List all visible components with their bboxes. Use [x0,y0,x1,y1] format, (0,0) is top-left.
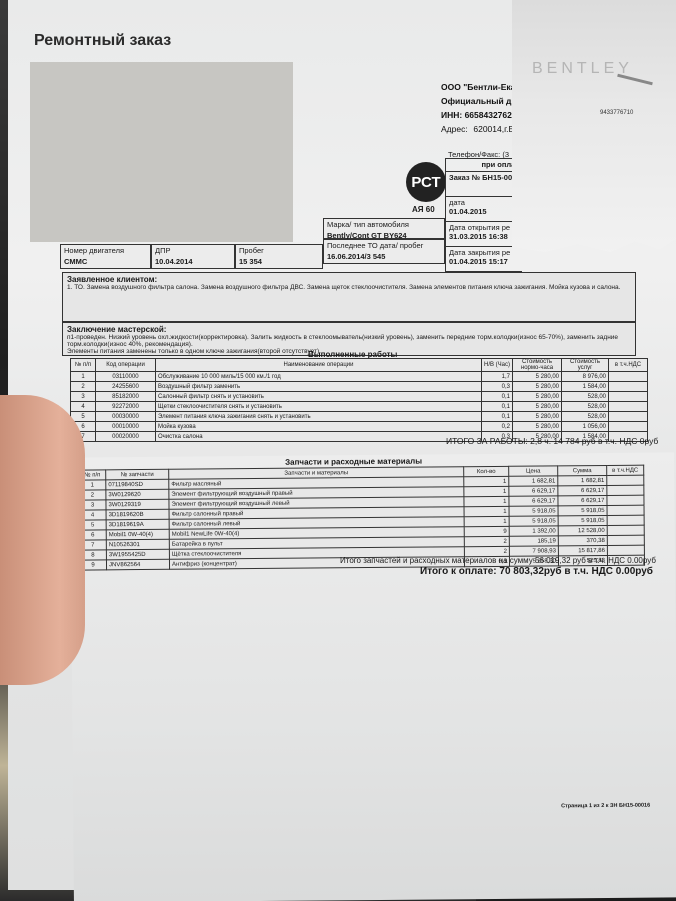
staple-icon [617,74,653,86]
col-header: в т.ч.НДС [607,465,644,475]
page-title: Ремонтный заказ [34,32,171,50]
redacted-area [30,62,293,242]
close-date-label: Дата закрытия ре [449,248,510,257]
date-label: дата [449,198,465,207]
cell-part: 3D1819619A [106,519,169,530]
cell-rate: 5 280,00 [513,402,562,412]
col-header: Код операции [96,359,156,372]
cell-price: 5 918,05 [509,506,558,516]
stapled-receipt: BENTLEY 9433776710 [512,0,676,260]
cell-rate: 5 280,00 [513,382,562,392]
cell-rate: 5 280,00 [513,422,562,432]
parts-caption: Запчасти и расходные материалы [285,457,422,467]
cell-vat [607,495,644,505]
certification-logo-icon: РСТ [406,162,446,202]
cell-sum: 5 918,05 [558,505,607,515]
cell-price: 1 682,81 [509,476,558,486]
cell-sum: 12 528,00 [558,525,607,535]
last-service-label: Последнее ТО дата/ пробег [327,241,423,250]
cell-rate: 5 280,00 [513,392,562,402]
table-row: 103110000Обслуживание 10 000 миль/15 000… [71,372,648,382]
cell-price: 185,19 [509,536,558,546]
cell-name: Мойка кузова [156,422,482,432]
cell-cost: 1 056,00 [562,422,609,432]
engine-label: Номер двигателя [64,246,124,255]
table-row: 500030000Элемент питания ключа зажигания… [71,412,648,422]
col-header: в т.ч.НДС [609,359,648,372]
cell-hours: 0,1 [482,392,513,402]
cell-part: Mobil1 0W-40(4) [106,529,169,540]
parts-total: Итого запчастей и расходных материалов н… [340,556,656,565]
cell-sum: 5 918,05 [558,515,607,525]
cell-code: 85182000 [96,392,156,402]
cell-price: 7 908,93 [509,546,558,556]
cell-part: 3W0129319 [106,499,169,510]
conclusion-line: п1-проведен. Низкий уровень охл.жидкости… [67,334,631,341]
cell-vat [609,412,648,422]
cell-vat [609,422,648,432]
cell-qty: 1 [464,516,509,526]
cell-n: 3 [71,392,96,402]
close-date: 01.04.2015 15:17 [449,257,508,266]
make-label: Марка/ тип автомобиля [327,220,409,229]
dpr-value: 10.04.2014 [155,257,231,266]
cell-vat [609,392,648,402]
col-header: Цена [509,466,558,476]
cell-name: Воздушный фильтр заменить [156,382,482,392]
cell-rate: 5 280,00 [513,372,562,382]
cell-sum: 6 629,17 [558,485,607,495]
works-table: № п/п Код операции Наименование операции… [70,358,648,442]
open-date-label: Дата открытия ре [449,223,510,232]
cell-vat [607,505,644,515]
cell-vat [607,475,644,485]
cell-code: 00030000 [96,412,156,422]
cell-vat [607,535,644,545]
open-date: 31.03.2015 16:38 [449,232,508,241]
cell-code: 92272000 [96,402,156,412]
cell-qty: 1 [464,506,509,516]
cell-code: 00010000 [96,422,156,432]
cell-price: 1 392,00 [509,526,558,536]
table-row: 385182000Салонный фильтр снять и установ… [71,392,648,402]
mileage-label: Пробег [239,246,264,255]
cell-part: 3W0129620 [106,489,169,500]
dpr-label: ДПР [155,246,170,255]
cell-hours: 0,1 [482,412,513,422]
client-request-section: Заявленное клиентом: 1. ТО. Замена возду… [62,272,636,322]
col-header: Наименование операции [156,359,482,372]
col-header: Кол-во [464,466,509,476]
table-row: 600010000Мойка кузова0,25 280,001 056,00 [71,422,648,432]
cell-name: Элемент питания ключа зажигания снять и … [156,412,482,422]
cell-hours: 0,1 [482,402,513,412]
cell-vat [607,485,644,495]
cell-code: 03110000 [96,372,156,382]
col-header: № п/п [71,359,96,372]
cell-hours: 0,2 [482,422,513,432]
cell-cost: 528,00 [562,412,609,422]
cell-name: Щетки стеклоочистителя снять и установит… [156,402,482,412]
cell-hours: 0,3 [482,382,513,392]
page-footer: Страница 1 из 2 к ЗН БН15-00016 [561,803,650,810]
engine-value: CMMC [64,257,147,266]
col-header: Н/В (Час) [482,359,513,372]
cell-cost: 1 584,00 [562,382,609,392]
cell-rate: 5 280,00 [513,412,562,422]
conclusion-line: торм.колодки(износ 40%, рекомендация). [67,341,631,348]
cell-vat [607,545,644,555]
table-row: 492272000Щетки стеклоочистителя снять и … [71,402,648,412]
address-label: Адрес: [441,122,471,136]
cell-vat [607,515,644,525]
works-total: ИТОГО ЗА РАБОТЫ: 2,8 ч. 14 784 руб в т.ч… [446,436,658,446]
hand-holding-paper [0,395,85,685]
cell-part: JNV862564 [106,559,169,570]
client-request-text: 1. ТО. Замена воздушного фильтра салона.… [67,284,620,291]
cell-vat [609,382,648,392]
cell-qty: 1 [464,496,509,506]
cell-sum: 370,38 [558,535,607,545]
cell-code: 24255600 [96,382,156,392]
cell-vat [607,525,644,535]
cell-code: 00020000 [96,432,156,442]
cell-name: Салонный фильтр снять и установить [156,392,482,402]
parts-table: № п/п № запчасти Запчасти и материалы Ко… [78,465,645,571]
payment-header: при оплат [446,159,522,172]
cell-n: 2 [71,382,96,392]
cell-price: 5 918,05 [509,516,558,526]
cell-part: 07119840SD [106,479,169,490]
cell-price: 6 629,17 [509,486,558,496]
mileage-value: 15 354 [239,257,319,266]
cell-cost: 8 976,00 [562,372,609,382]
cell-cost: 528,00 [562,392,609,402]
order-number: Заказ № БН15-00 [449,173,512,182]
col-header: № запчасти [106,469,169,480]
cell-qty: 9 [464,526,509,536]
cell-vat [609,402,648,412]
cell-part: 3D1819620B [106,509,169,520]
col-header: Стоимость нормо-часа [513,359,562,372]
certification-code: АЯ 60 [412,205,435,214]
order-date: 01.04.2015 [449,207,487,216]
cell-price: 6 629,17 [509,496,558,506]
cell-hours: 1,7 [482,372,513,382]
cell-vat [609,372,648,382]
dealer-address: 620014,г.Ек [473,124,518,134]
client-request-heading: Заявленное клиентом: [67,275,631,284]
receipt-number: 9433776710 [600,110,633,116]
cell-qty: 2 [464,536,509,546]
grand-total: Итого к оплате: 70 803,32руб в т.ч. НДС … [420,566,653,577]
order-info-box: при оплат Заказ № БН15-00 дата01.04.2015… [445,158,522,273]
cell-part: N10526301 [106,539,169,550]
cell-qty: 1 [464,476,509,486]
cell-name: Очистка салона [156,432,482,442]
last-service-value: 16.06.2014/3 545 [327,252,441,261]
col-header: Сумма [558,465,607,475]
cell-sum: 15 817,86 [558,545,607,555]
parts-sheet: Запчасти и расходные материалы № п/п № з… [70,452,676,901]
cell-sum: 6 629,17 [558,495,607,505]
workshop-conclusion-heading: Заключение мастерской: [67,325,631,334]
cell-n: 4 [71,402,96,412]
cell-sum: 1 682,81 [558,475,607,485]
cell-name: Обслуживание 10 000 миль/15 000 км./1 го… [156,372,482,382]
cell-part: 3W1955425D [106,549,169,560]
cell-cost: 528,00 [562,402,609,412]
cell-n: 1 [71,372,96,382]
cell-qty: 1 [464,486,509,496]
table-row: 224255600Воздушный фильтр заменить0,35 2… [71,382,648,392]
col-header: Стоимость услуг [562,359,609,372]
